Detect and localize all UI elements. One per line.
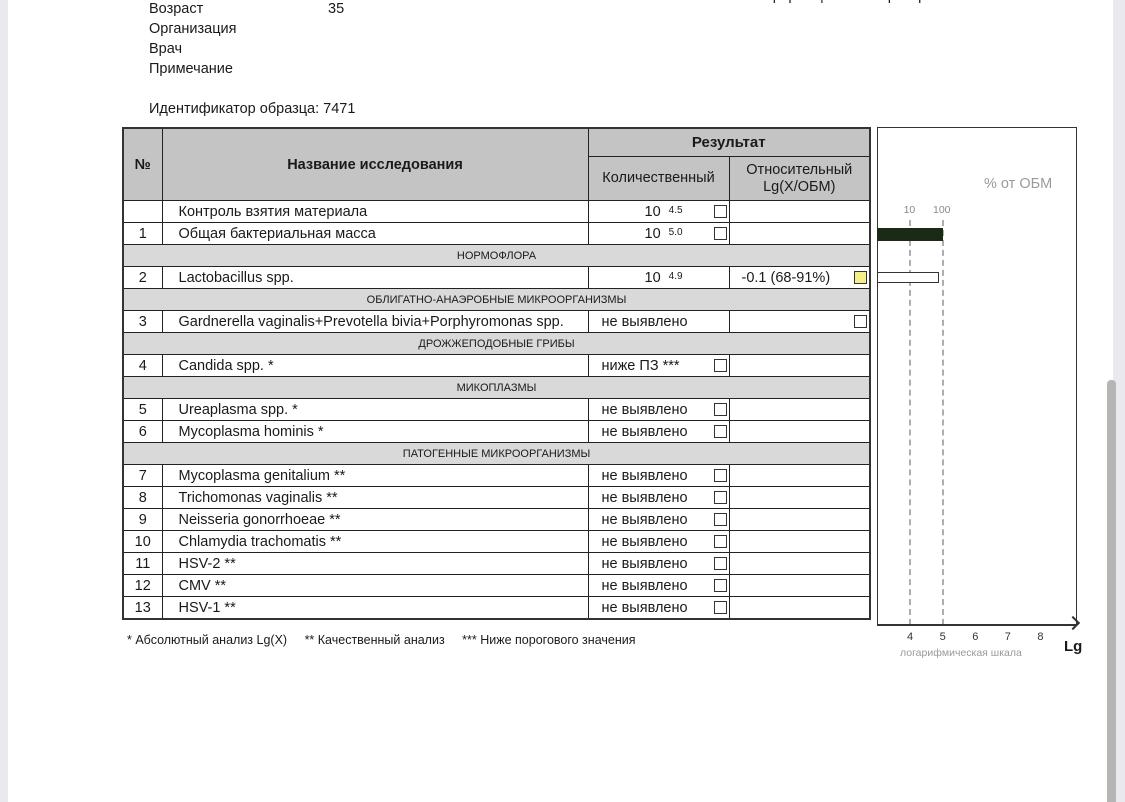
patient-field-label: Врач bbox=[149, 39, 182, 59]
row-number: 8 bbox=[123, 487, 162, 509]
category-label: ДРОЖЖЕПОДОБНЫЕ ГРИБЫ bbox=[123, 333, 870, 355]
power-base: 10 bbox=[645, 270, 661, 286]
patient-field-label: Примечание bbox=[149, 59, 233, 79]
table-row: 12CMV **не выявлено bbox=[123, 575, 870, 597]
flag-checkbox-icon bbox=[854, 315, 867, 328]
relative-result bbox=[729, 399, 870, 421]
power-exponent: 4.5 bbox=[669, 205, 683, 216]
window-left-edge bbox=[0, 0, 8, 802]
x-tick-label: 5 bbox=[940, 631, 946, 643]
relative-result bbox=[729, 223, 870, 245]
test-name: Candida spp. * bbox=[162, 355, 588, 377]
category-label: ПАТОГЕННЫЕ МИКРООРГАНИЗМЫ bbox=[123, 443, 870, 465]
category-row: ПАТОГЕННЫЕ МИКРООРГАНИЗМЫ bbox=[123, 443, 870, 465]
patient-field-label: Организация bbox=[149, 19, 236, 39]
table-row: 3Gardnerella vaginalis+Prevotella bivia+… bbox=[123, 311, 870, 333]
test-name: HSV-2 ** bbox=[162, 553, 588, 575]
test-name: Ureaplasma spp. * bbox=[162, 399, 588, 421]
x-tick-label: 7 bbox=[1005, 631, 1011, 643]
power-base: 10 bbox=[645, 204, 661, 220]
row-number: 10 bbox=[123, 531, 162, 553]
flag-checkbox-icon bbox=[714, 601, 727, 614]
quantitative-result: не выявлено bbox=[588, 421, 729, 443]
table-row: 13HSV-1 **не выявлено bbox=[123, 597, 870, 620]
flag-checkbox-icon bbox=[714, 403, 727, 416]
relative-result bbox=[729, 311, 870, 333]
qualitative-text: не выявлено bbox=[602, 534, 688, 550]
test-name: Gardnerella vaginalis+Prevotella bivia+P… bbox=[162, 311, 588, 333]
test-name: Общая бактериальная масса bbox=[162, 223, 588, 245]
table-row: 10Chlamydia trachomatis **не выявлено bbox=[123, 531, 870, 553]
patient-field-label: Возраст bbox=[149, 0, 203, 19]
test-name: Chlamydia trachomatis ** bbox=[162, 531, 588, 553]
sample-id: Идентификатор образца: 7471 bbox=[149, 101, 355, 117]
row-number bbox=[123, 201, 162, 223]
test-name: Mycoplasma hominis * bbox=[162, 421, 588, 443]
x-axis-unit: Lg bbox=[1064, 638, 1082, 655]
qualitative-text: не выявлено bbox=[602, 402, 688, 418]
footnote-1: * Абсолютный анализ Lg(X) bbox=[127, 633, 287, 647]
power-exponent: 4.9 bbox=[669, 271, 683, 282]
header-num: № bbox=[123, 128, 162, 201]
footnote-2: ** Качественный анализ bbox=[305, 633, 445, 647]
category-label: МИКОПЛАЗМЫ bbox=[123, 377, 870, 399]
quantitative-result: не выявлено bbox=[588, 597, 729, 620]
quantitative-result: 104.9 bbox=[588, 267, 729, 289]
chart-bar bbox=[877, 272, 939, 283]
header-result: Результат bbox=[588, 128, 870, 157]
qualitative-text: не выявлено bbox=[602, 424, 688, 440]
top-tick-label: 10 bbox=[904, 204, 916, 216]
relative-result: -0.1 (68-91%) bbox=[729, 267, 870, 289]
test-name: Lactobacillus spp. bbox=[162, 267, 588, 289]
power-base: 10 bbox=[645, 226, 661, 242]
test-name: CMV ** bbox=[162, 575, 588, 597]
row-number: 11 bbox=[123, 553, 162, 575]
quantitative-result: не выявлено bbox=[588, 531, 729, 553]
table-row: Контроль взятия материала104.5 bbox=[123, 201, 870, 223]
relative-result bbox=[729, 509, 870, 531]
category-label: ОБЛИГАТНО-АНАЭРОБНЫЕ МИКРООРГАНИЗМЫ bbox=[123, 289, 870, 311]
table-row: 11HSV-2 **не выявлено bbox=[123, 553, 870, 575]
quantitative-result: 104.5 bbox=[588, 201, 729, 223]
row-number: 1 bbox=[123, 223, 162, 245]
relative-value: -0.1 (68-91%) bbox=[742, 270, 831, 286]
table-row: 2Lactobacillus spp.104.9-0.1 (68-91%) bbox=[123, 267, 870, 289]
patient-field-value: 35 bbox=[328, 0, 344, 19]
test-name: Контроль взятия материала bbox=[162, 201, 588, 223]
power-exponent: 5.0 bbox=[669, 227, 683, 238]
vertical-scrollbar[interactable] bbox=[1107, 380, 1116, 802]
power-value: 104.9 bbox=[645, 270, 683, 286]
relative-result bbox=[729, 575, 870, 597]
quantitative-result: не выявлено bbox=[588, 487, 729, 509]
table-row: 8Trichomonas vaginalis **не выявлено bbox=[123, 487, 870, 509]
qualitative-text: не выявлено bbox=[602, 468, 688, 484]
table-row: 6Mycoplasma hominis *не выявлено bbox=[123, 421, 870, 443]
relative-result bbox=[729, 355, 870, 377]
qualitative-text: не выявлено bbox=[602, 314, 688, 330]
flag-checkbox-icon bbox=[714, 491, 727, 504]
flag-checkbox-icon bbox=[714, 425, 727, 438]
flag-checkbox-icon bbox=[714, 205, 727, 218]
relative-result bbox=[729, 531, 870, 553]
quantitative-result: ниже ПЗ *** bbox=[588, 355, 729, 377]
qualitative-text: не выявлено bbox=[602, 490, 688, 506]
quantitative-result: не выявлено bbox=[588, 509, 729, 531]
quantitative-result: не выявлено bbox=[588, 575, 729, 597]
row-number: 13 bbox=[123, 597, 162, 620]
category-row: ОБЛИГАТНО-АНАЭРОБНЫЕ МИКРООРГАНИЗМЫ bbox=[123, 289, 870, 311]
relative-result bbox=[729, 553, 870, 575]
footnotes: * Абсолютный анализ Lg(X) ** Качественны… bbox=[127, 633, 650, 647]
header-relative-line2: Lg(X/ОБМ) bbox=[763, 179, 835, 195]
quantitative-result: не выявлено bbox=[588, 399, 729, 421]
quantitative-result: не выявлено bbox=[588, 465, 729, 487]
power-value: 105.0 bbox=[645, 226, 683, 242]
flag-checkbox-icon bbox=[714, 469, 727, 482]
test-name: Mycoplasma genitalium ** bbox=[162, 465, 588, 487]
top-tick-label: 100 bbox=[933, 204, 951, 216]
category-row: НОРМОФЛОРА bbox=[123, 245, 870, 267]
flag-checkbox-icon bbox=[714, 557, 727, 570]
header-relative: Относительный Lg(X/ОБМ) bbox=[729, 157, 870, 201]
row-number: 12 bbox=[123, 575, 162, 597]
quantitative-result: не выявлено bbox=[588, 311, 729, 333]
category-row: ДРОЖЖЕПОДОБНЫЕ ГРИБЫ bbox=[123, 333, 870, 355]
relative-result bbox=[729, 421, 870, 443]
x-tick-label: 8 bbox=[1037, 631, 1043, 643]
table-row: 4Candida spp. *ниже ПЗ *** bbox=[123, 355, 870, 377]
footnote-3: *** Ниже порогового значения bbox=[462, 633, 635, 647]
row-number: 4 bbox=[123, 355, 162, 377]
power-value: 104.5 bbox=[645, 204, 683, 220]
quantitative-result: не выявлено bbox=[588, 553, 729, 575]
flag-checkbox-icon bbox=[714, 535, 727, 548]
row-number: 3 bbox=[123, 311, 162, 333]
row-number: 6 bbox=[123, 421, 162, 443]
header-name: Название исследования bbox=[162, 128, 588, 201]
flag-checkbox-icon bbox=[714, 359, 727, 372]
test-name: Trichomonas vaginalis ** bbox=[162, 487, 588, 509]
x-tick-label: 6 bbox=[972, 631, 978, 643]
row-number: 7 bbox=[123, 465, 162, 487]
x-axis-caption: логарифмическая шкала bbox=[900, 647, 1022, 659]
row-number: 5 bbox=[123, 399, 162, 421]
header-quantitative: Количественный bbox=[588, 157, 729, 201]
test-name: HSV-1 ** bbox=[162, 597, 588, 620]
row-number: 9 bbox=[123, 509, 162, 531]
relative-result bbox=[729, 465, 870, 487]
header-relative-line1: Относительный bbox=[746, 162, 852, 178]
results-table: № Название исследования Результат Количе… bbox=[122, 127, 871, 620]
relative-result bbox=[729, 201, 870, 223]
qualitative-text: не выявлено bbox=[602, 556, 688, 572]
chart-frame bbox=[877, 127, 1077, 625]
qualitative-text: не выявлено bbox=[602, 600, 688, 616]
relative-result bbox=[729, 487, 870, 509]
table-row: 1Общая бактериальная масса105.0 bbox=[123, 223, 870, 245]
table-row: 7Mycoplasma genitalium **не выявлено bbox=[123, 465, 870, 487]
flag-checkbox-icon bbox=[714, 579, 727, 592]
test-name: Neisseria gonorrhoeae ** bbox=[162, 509, 588, 531]
table-row: 9Neisseria gonorrhoeae **не выявлено bbox=[123, 509, 870, 531]
quantitative-result: 105.0 bbox=[588, 223, 729, 245]
qualitative-text: не выявлено bbox=[602, 512, 688, 528]
chart-title: % от ОБМ bbox=[984, 176, 1052, 192]
category-label: НОРМОФЛОРА bbox=[123, 245, 870, 267]
category-row: МИКОПЛАЗМЫ bbox=[123, 377, 870, 399]
qualitative-text: не выявлено bbox=[602, 578, 688, 594]
flag-checkbox-icon bbox=[714, 513, 727, 526]
qualitative-text: ниже ПЗ *** bbox=[602, 358, 680, 374]
row-number: 2 bbox=[123, 267, 162, 289]
lab-info-label: Информация о лаборатории bbox=[750, 0, 942, 4]
chart-bar bbox=[877, 228, 943, 241]
flag-yellow-icon bbox=[854, 271, 867, 284]
reference-dashed-line bbox=[942, 220, 944, 625]
flag-checkbox-icon bbox=[714, 227, 727, 240]
x-tick-label: 4 bbox=[907, 631, 913, 643]
relative-result bbox=[729, 597, 870, 620]
table-row: 5Ureaplasma spp. *не выявлено bbox=[123, 399, 870, 421]
x-axis bbox=[877, 624, 1077, 626]
